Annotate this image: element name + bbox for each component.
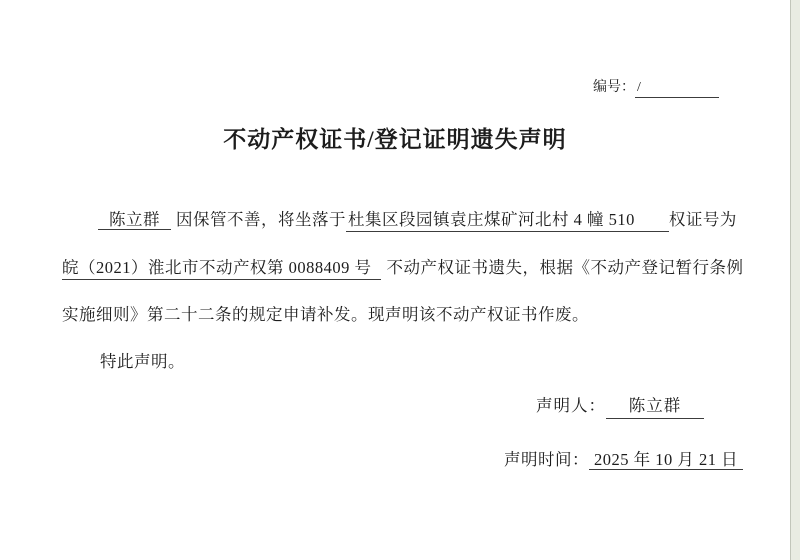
after-certificate-text: 不动产权证书遗失，根据《不动产登记暂行条例	[387, 258, 744, 277]
signature-date-line: 声明时间：2025 年 10 月 21 日	[504, 446, 743, 470]
body-line-3: 实施细则》第二十二条的规定申请补发。现声明该不动产权证书作废。	[62, 305, 589, 326]
document-page: 编号：/ 不动产权证书/登记证明遗失声明 陈立群因保管不善，将坐落于杜集区段园镇…	[0, 0, 790, 560]
signature-date-field[interactable]: 2025 年 10 月 21 日	[589, 450, 743, 470]
serial-value-blank[interactable]: /	[635, 80, 719, 98]
serial-label: 编号：	[593, 80, 635, 95]
body-line-2: 皖（2021）淮北市不动产权第 0088409 号不动产权证书遗失，根据《不动产…	[62, 258, 744, 279]
signature-name-field[interactable]: 陈立群	[606, 392, 704, 419]
declarant-label: 声明人：	[536, 396, 606, 415]
after-name-text: 因保管不善，将坐落于	[176, 210, 346, 229]
after-location-text: 权证号为	[669, 210, 737, 229]
certificate-number-field[interactable]: 皖（2021）淮北市不动产权第 0088409 号	[62, 258, 381, 280]
declarant-name-field[interactable]: 陈立群	[98, 210, 171, 230]
closing-statement: 特此声明。	[100, 352, 185, 373]
date-label: 声明时间：	[504, 450, 589, 469]
page-edge-strip	[790, 0, 800, 560]
property-location-field[interactable]: 杜集区段园镇袁庄煤矿河北村 4 幢 510	[346, 210, 669, 232]
signature-declarant-line: 声明人：陈立群	[536, 392, 704, 419]
document-title: 不动产权证书/登记证明遗失声明	[0, 121, 790, 154]
serial-number-line: 编号：/	[593, 76, 719, 98]
body-line-1: 陈立群因保管不善，将坐落于杜集区段园镇袁庄煤矿河北村 4 幢 510权证号为	[62, 210, 737, 231]
